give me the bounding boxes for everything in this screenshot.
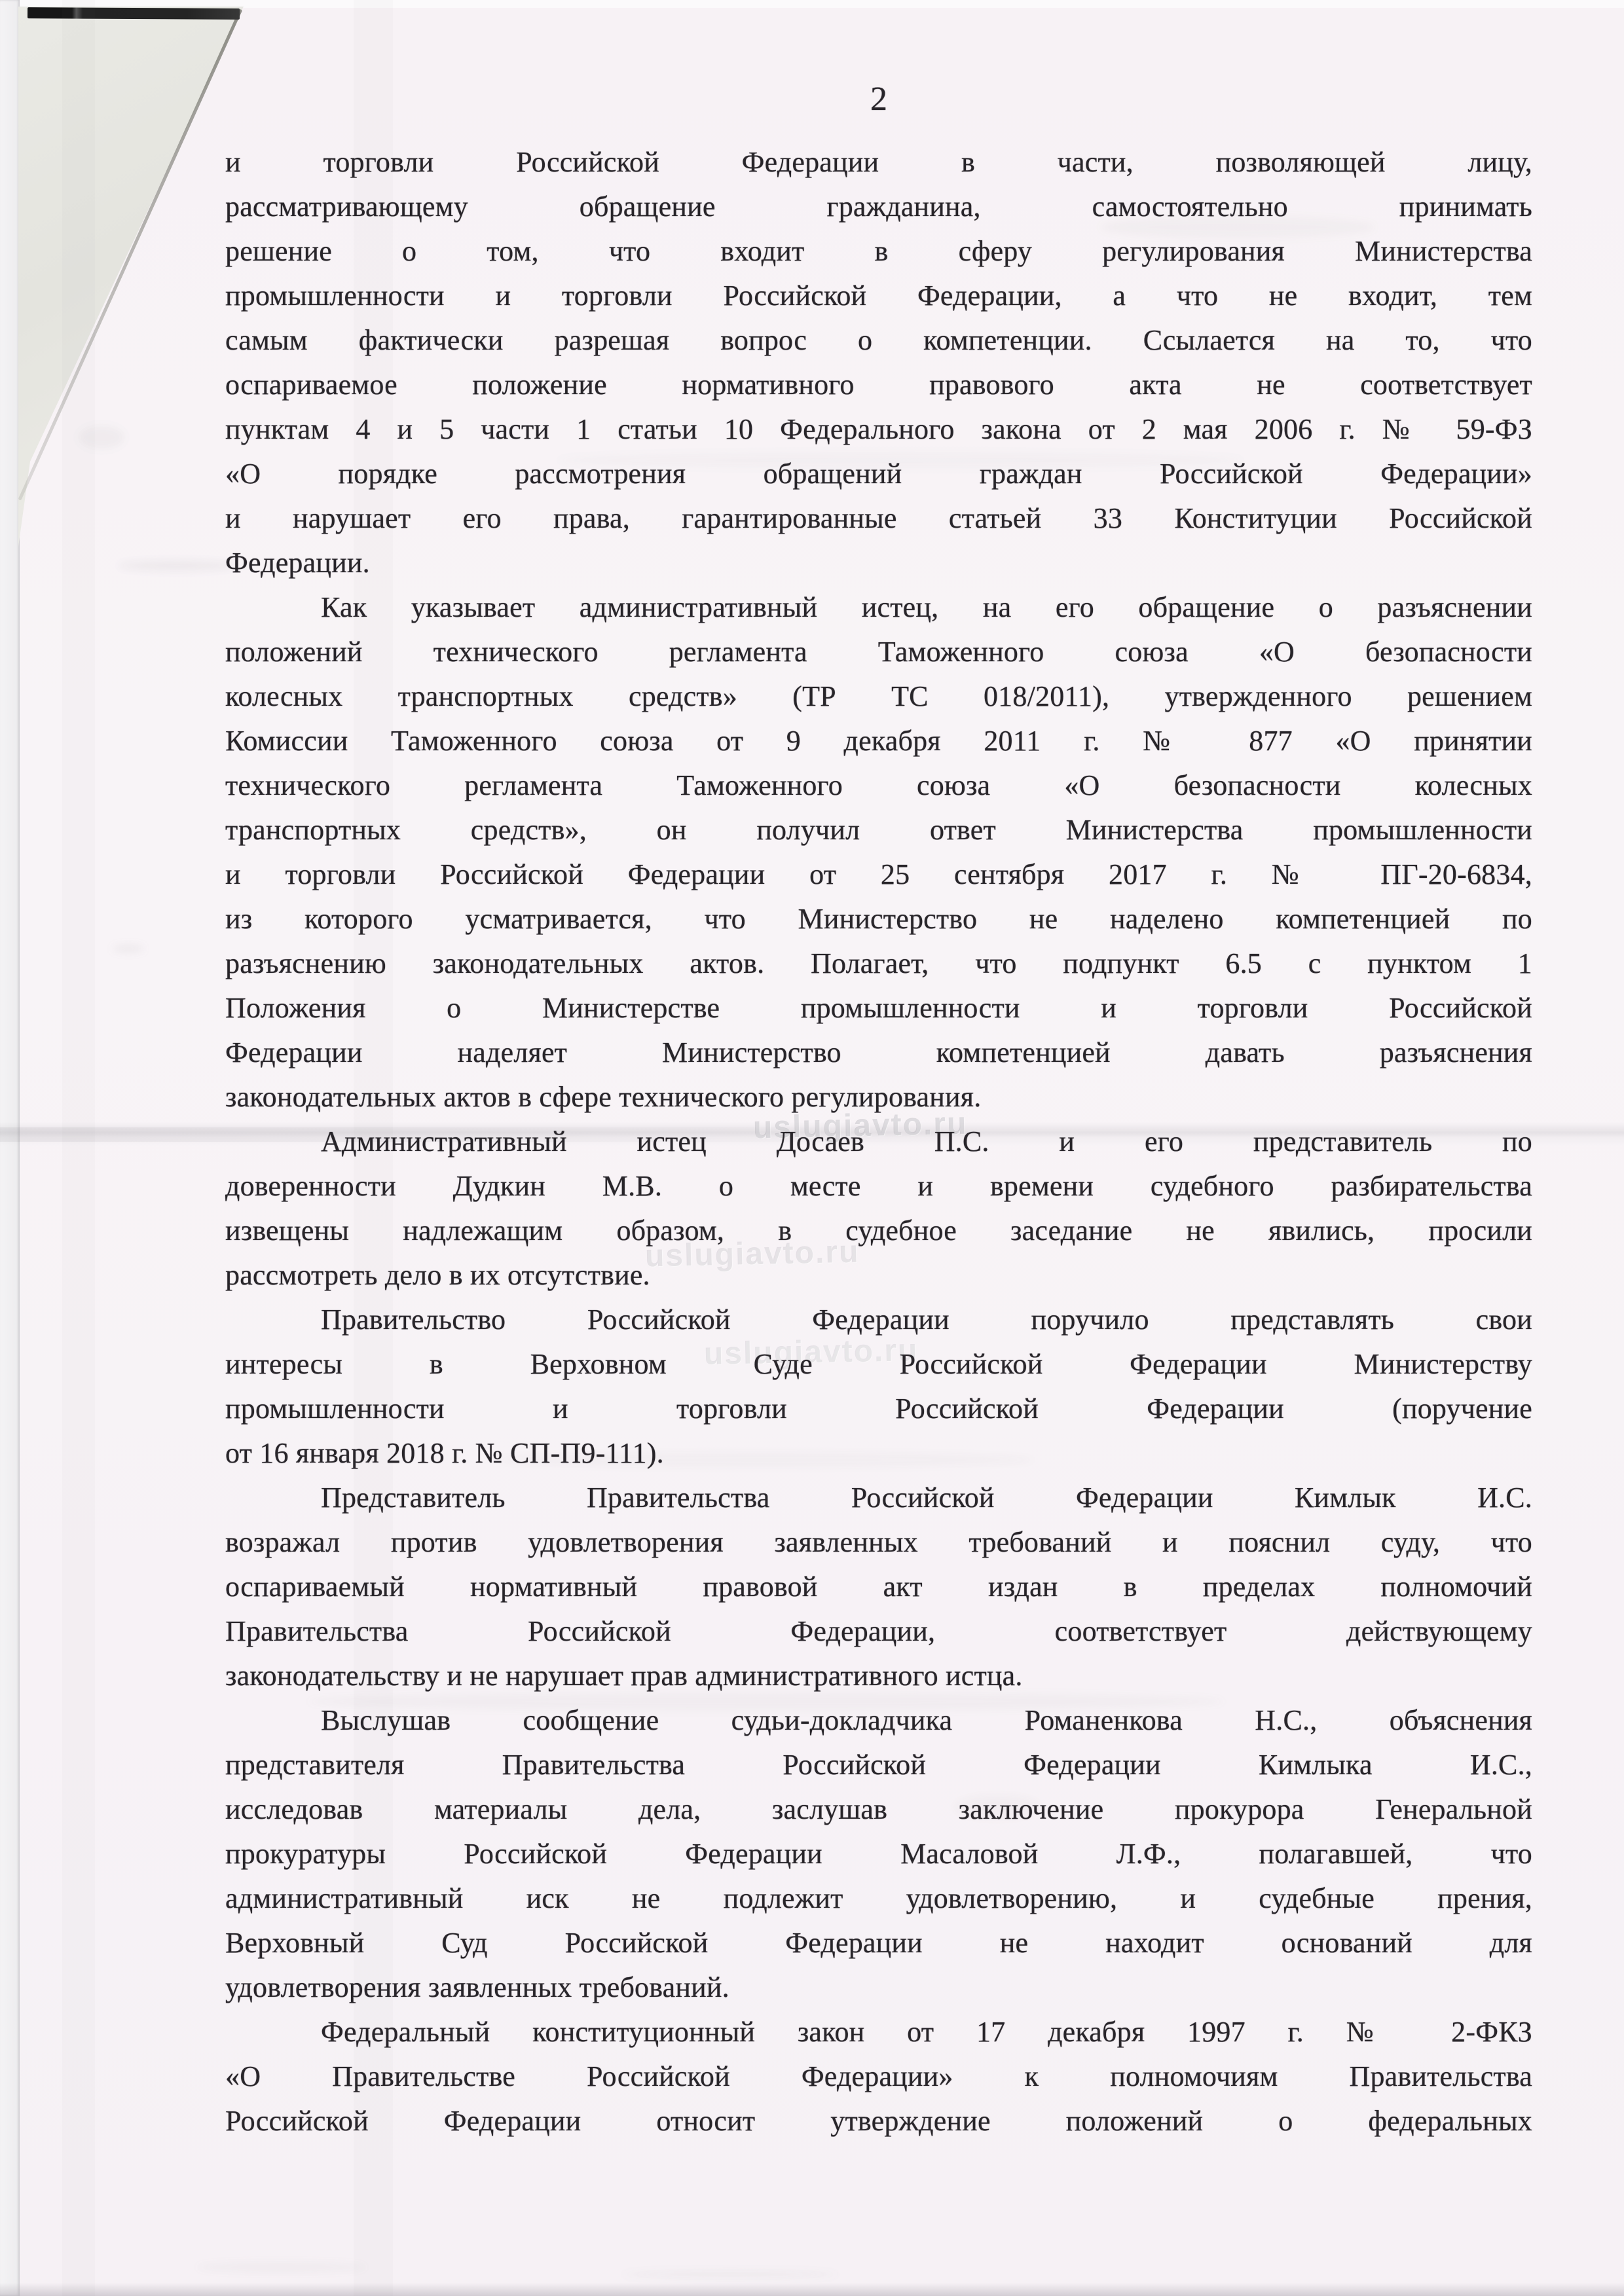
text-line: Федерации.	[225, 541, 1532, 585]
paragraph: Федеральный конституционный закон от 17 …	[225, 2010, 1532, 2143]
text-line: пунктам 4 и 5 части 1 статьи 10 Федераль…	[225, 407, 1532, 452]
text-line: Как указывает административный истец, на…	[225, 585, 1532, 630]
scan-edge-left	[0, 0, 20, 2296]
text-line: Положения о Министерстве промышленности …	[225, 986, 1532, 1030]
text-line: Комиссии Таможенного союза от 9 декабря …	[225, 719, 1532, 763]
text-line: самым фактически разрешая вопрос о компе…	[225, 318, 1532, 363]
text-line: и торговли Российской Федерации в части,…	[225, 140, 1532, 185]
text-line: Федерации наделяет Министерство компетен…	[225, 1030, 1532, 1075]
paragraph: Выслушав сообщение судьи-докладчика Рома…	[225, 1698, 1532, 2010]
text-line: прокуратуры Российской Федерации Масалов…	[225, 1832, 1532, 1876]
text-line: из которого усматривается, что Министерс…	[225, 897, 1532, 941]
text-line: и нарушает его права, гарантированные ст…	[225, 496, 1532, 541]
page-number: 2	[225, 77, 1532, 122]
text-line: Административный истец Досаев П.С. и его…	[225, 1120, 1532, 1164]
text-line: рассматривающему обращение гражданина, с…	[225, 185, 1532, 229]
text-line: «О порядке рассмотрения обращений гражда…	[225, 452, 1532, 496]
text-line: колесных транспортных средств» (ТР ТС 01…	[225, 674, 1532, 719]
text-line: Правительства Российской Федерации, соот…	[225, 1609, 1532, 1654]
text-line: решение о том, что входит в сферу регули…	[225, 229, 1532, 274]
paragraph: и торговли Российской Федерации в части,…	[225, 140, 1532, 585]
text-line: удовлетворения заявленных требований.	[225, 1965, 1532, 2010]
text-line: интересы в Верховном Суде Российской Фед…	[225, 1342, 1532, 1387]
text-line: Верховный Суд Российской Федерации не на…	[225, 1921, 1532, 1965]
scan-edge-bottom	[0, 2283, 1624, 2296]
paragraph: Правительство Российской Федерации поруч…	[225, 1298, 1532, 1476]
text-line: от 16 января 2018 г. № СП-П9-111).	[225, 1431, 1532, 1476]
text-line: оспариваемое положение нормативного прав…	[225, 363, 1532, 407]
text-line: законодательству и не нарушает прав адми…	[225, 1654, 1532, 1698]
text-line: Представитель Правительства Российской Ф…	[225, 1476, 1532, 1520]
scan-edge-top	[0, 0, 1624, 8]
text-line: технического регламента Таможенного союз…	[225, 763, 1532, 808]
text-line: транспортных средств», он получил ответ …	[225, 808, 1532, 852]
text-line: возражал против удовлетворения заявленны…	[225, 1520, 1532, 1565]
text-line: промышленности и торговли Российской Фед…	[225, 1387, 1532, 1431]
document-body: и торговли Российской Федерации в части,…	[225, 140, 1532, 2143]
text-line: доверенности Дудкин М.В. о месте и време…	[225, 1164, 1532, 1209]
paragraph: Как указывает административный истец, на…	[225, 585, 1532, 1120]
scan-artifact-dark-bar	[28, 7, 240, 20]
paragraph: Представитель Правительства Российской Ф…	[225, 1476, 1532, 1698]
text-line: Российской Федерации относит утверждение…	[225, 2099, 1532, 2143]
text-line: представителя Правительства Российской Ф…	[225, 1743, 1532, 1787]
scan-smudge	[79, 426, 124, 449]
text-line: административный иск не подлежит удовлет…	[225, 1876, 1532, 1921]
scan-smudge	[622, 2270, 838, 2278]
text-line: извещены надлежащим образом, в судебное …	[225, 1209, 1532, 1253]
text-line: законодательных актов в сфере техническо…	[225, 1075, 1532, 1120]
paragraph: Административный истец Досаев П.С. и его…	[225, 1120, 1532, 1298]
scan-streak	[62, 0, 95, 2296]
text-line: положений технического регламента Таможе…	[225, 630, 1532, 674]
text-line: рассмотреть дело в их отсутствие.	[225, 1253, 1532, 1298]
text-line: Выслушав сообщение судьи-докладчика Рома…	[225, 1698, 1532, 1743]
text-line: промышленности и торговли Российской Фед…	[225, 274, 1532, 318]
text-line: разъяснению законодательных актов. Полаг…	[225, 941, 1532, 986]
text-line: исследовав материалы дела, заслушав закл…	[225, 1787, 1532, 1832]
text-line: Правительство Российской Федерации поруч…	[225, 1298, 1532, 1342]
text-line: «О Правительстве Российской Федерации» к…	[225, 2054, 1532, 2099]
scan-smudge	[118, 560, 236, 571]
text-line: Федеральный конституционный закон от 17 …	[225, 2010, 1532, 2054]
scan-smudge	[196, 2262, 367, 2272]
text-line: оспариваемый нормативный правовой акт из…	[225, 1565, 1532, 1609]
scan-smudge	[113, 945, 144, 952]
scanned-document-page: uslugiavto.ru uslugiavto.ru uslugiavto.r…	[0, 0, 1624, 2296]
text-line: и торговли Российской Федерации от 25 се…	[225, 852, 1532, 897]
